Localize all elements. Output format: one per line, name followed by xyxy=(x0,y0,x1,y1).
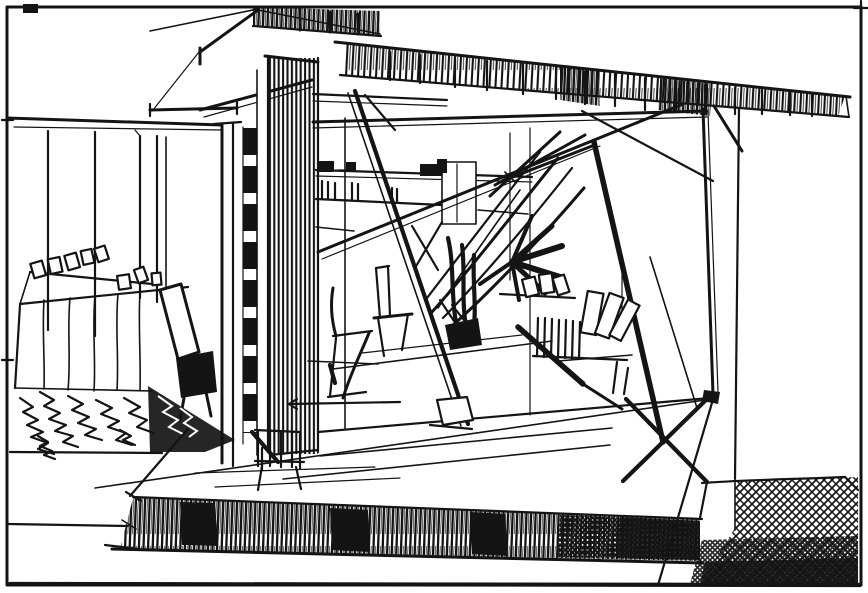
pavilion-sketch: Hand-drawn perspective sketch of a moder… xyxy=(0,0,868,593)
ground-line xyxy=(10,452,162,453)
plant-blade-tips xyxy=(490,132,592,196)
bench-with-books xyxy=(500,273,640,409)
roof-fascia-hatched-band xyxy=(335,42,850,117)
leaning-board xyxy=(160,284,199,359)
plant-pot-shadow xyxy=(445,318,482,350)
border-bottom-heavy xyxy=(10,584,860,585)
right-post xyxy=(703,109,713,394)
cloth-folds xyxy=(43,292,140,391)
top-rail xyxy=(313,111,707,122)
interior-shelves-books xyxy=(316,161,532,231)
leaning-posts xyxy=(594,108,739,585)
dark-stool xyxy=(176,351,217,398)
canopy-corner-tee xyxy=(150,108,237,110)
corner-tick-top-right xyxy=(854,1,868,15)
sketch-canvas: Hand-drawn perspective sketch of a moder… xyxy=(0,0,868,593)
fascia-dark-patch xyxy=(560,66,600,106)
building-corner-line xyxy=(735,108,739,479)
deck-slab-hatched-edge xyxy=(105,492,703,563)
cloth-edge xyxy=(15,305,20,388)
chair-two-back xyxy=(376,266,390,318)
left-fence-wall xyxy=(7,118,241,466)
hedge-crosshatch xyxy=(690,477,858,584)
strut-foot xyxy=(437,397,473,425)
door-jamb xyxy=(243,127,250,444)
chair-back xyxy=(332,288,336,336)
border-ink-blob xyxy=(23,4,38,13)
grass-scribble xyxy=(10,386,235,459)
corner-column-hatched xyxy=(252,56,318,470)
